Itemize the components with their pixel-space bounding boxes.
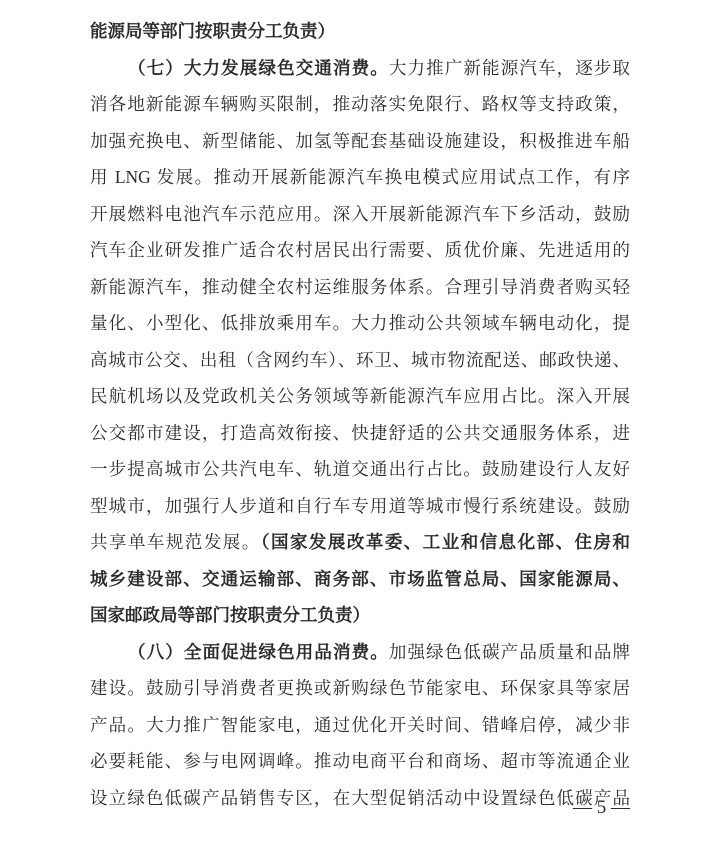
section-heading-segment: （八）全面促进绿色用品消费。 [128, 642, 389, 662]
text-line: 汽车企业研发推广适合农村居民出行需要、质优价廉、先进适用的 [90, 232, 630, 269]
body-text-segment: 民航机场以及党政机关公务领域等新能源汽车应用占比。深入开展 [90, 386, 630, 406]
attribution-segment: 城乡建设部、交通运输部、商务部、市场监管总局、国家能源局、 [90, 569, 630, 589]
text-line: 建设。鼓励引导消费者更换或新购绿色节能家电、环保家具等家居 [90, 670, 630, 707]
text-line: （七）大力发展绿色交通消费。大力推广新能源汽车，逐步取 [90, 50, 630, 87]
text-line: 能源局等部门按职责分工负责） [90, 13, 630, 50]
body-text-segment: 必要耗能、参与电网调峰。推动电商平台和商场、超市等流通企业 [90, 751, 630, 771]
document-page: 能源局等部门按职责分工负责）（七）大力发展绿色交通消费。大力推广新能源汽车，逐步… [0, 0, 720, 841]
body-text-segment: 大力推广新能源汽车，逐步取 [389, 58, 630, 78]
body-text-segment: 一步提高城市公共汽电车、轨道交通出行占比。鼓励建设行人友好 [90, 459, 630, 479]
text-line: 公交都市建设，打造高效衔接、快捷舒适的公共交通服务体系，进 [90, 415, 630, 452]
attribution-segment: （国家发展改革委、工业和信息化部、住房和 [261, 532, 630, 552]
text-line: 加强充换电、新型储能、加氢等配套基础设施建设，积极推进车船 [90, 123, 630, 160]
page-footer: — 5 — [90, 796, 630, 820]
text-line: 国家邮政局等部门按职责分工负责） [90, 597, 630, 634]
body-text-segment: 加强绿色低碳产品质量和品牌 [389, 642, 630, 662]
body-text-segment: 建设。鼓励引导消费者更换或新购绿色节能家电、环保家具等家居 [90, 678, 630, 698]
body-text-segment: 开展燃料电池汽车示范应用。深入开展新能源汽车下乡活动，鼓励 [90, 204, 630, 224]
text-line: 城乡建设部、交通运输部、商务部、市场监管总局、国家能源局、 [90, 561, 630, 598]
text-line: 高城市公交、出租（含网约车）、环卫、城市物流配送、邮政快递、 [90, 342, 630, 379]
text-line: 产品。大力推广智能家电，通过优化开关时间、错峰启停，减少非 [90, 707, 630, 744]
body-text-segment: 用 LNG 发展。推动开展新能源汽车换电模式应用试点工作，有序 [90, 167, 630, 187]
body-text-segment: 加强充换电、新型储能、加氢等配套基础设施建设，积极推进车船 [90, 131, 630, 151]
body-text-segment: 消各地新能源车辆购买限制，推动落实免限行、路权等支持政策， [90, 94, 630, 114]
body-text-segment: 新能源汽车，推动健全农村运维服务体系。合理引导消费者购买轻 [90, 277, 630, 297]
body-text-segment: 汽车企业研发推广适合农村居民出行需要、质优价廉、先进适用的 [90, 240, 630, 260]
text-line: 民航机场以及党政机关公务领域等新能源汽车应用占比。深入开展 [90, 378, 630, 415]
page-number: — 5 — [573, 797, 630, 818]
attribution-segment: 能源局等部门按职责分工负责） [90, 21, 335, 41]
text-line: 用 LNG 发展。推动开展新能源汽车换电模式应用试点工作，有序 [90, 159, 630, 196]
text-line: 消各地新能源车辆购买限制，推动落实免限行、路权等支持政策， [90, 86, 630, 123]
section-heading-segment: （七）大力发展绿色交通消费。 [128, 58, 389, 78]
text-line: 量化、小型化、低排放乘用车。大力推动公共领域车辆电动化，提 [90, 305, 630, 342]
document-text-block: 能源局等部门按职责分工负责）（七）大力发展绿色交通消费。大力推广新能源汽车，逐步… [90, 13, 630, 816]
text-line: 必要耗能、参与电网调峰。推动电商平台和商场、超市等流通企业 [90, 743, 630, 780]
body-text-segment: 公交都市建设，打造高效衔接、快捷舒适的公共交通服务体系，进 [90, 423, 630, 443]
attribution-segment: 国家邮政局等部门按职责分工负责） [90, 605, 370, 625]
body-text-segment: 高城市公交、出租（含网约车）、环卫、城市物流配送、邮政快递、 [90, 350, 630, 370]
text-line: 共享单车规范发展。（国家发展改革委、工业和信息化部、住房和 [90, 524, 630, 561]
text-line: 新能源汽车，推动健全农村运维服务体系。合理引导消费者购买轻 [90, 269, 630, 306]
text-line: （八）全面促进绿色用品消费。加强绿色低碳产品质量和品牌 [90, 634, 630, 671]
text-line: 开展燃料电池汽车示范应用。深入开展新能源汽车下乡活动，鼓励 [90, 196, 630, 233]
body-text-segment: 型城市，加强行人步道和自行车专用道等城市慢行系统建设。鼓励 [90, 496, 630, 516]
text-line: 型城市，加强行人步道和自行车专用道等城市慢行系统建设。鼓励 [90, 488, 630, 525]
body-text-segment: 产品。大力推广智能家电，通过优化开关时间、错峰启停，减少非 [90, 715, 630, 735]
body-text-segment: 共享单车规范发展。 [90, 532, 261, 552]
body-text-segment: 量化、小型化、低排放乘用车。大力推动公共领域车辆电动化，提 [90, 313, 630, 333]
text-line: 一步提高城市公共汽电车、轨道交通出行占比。鼓励建设行人友好 [90, 451, 630, 488]
